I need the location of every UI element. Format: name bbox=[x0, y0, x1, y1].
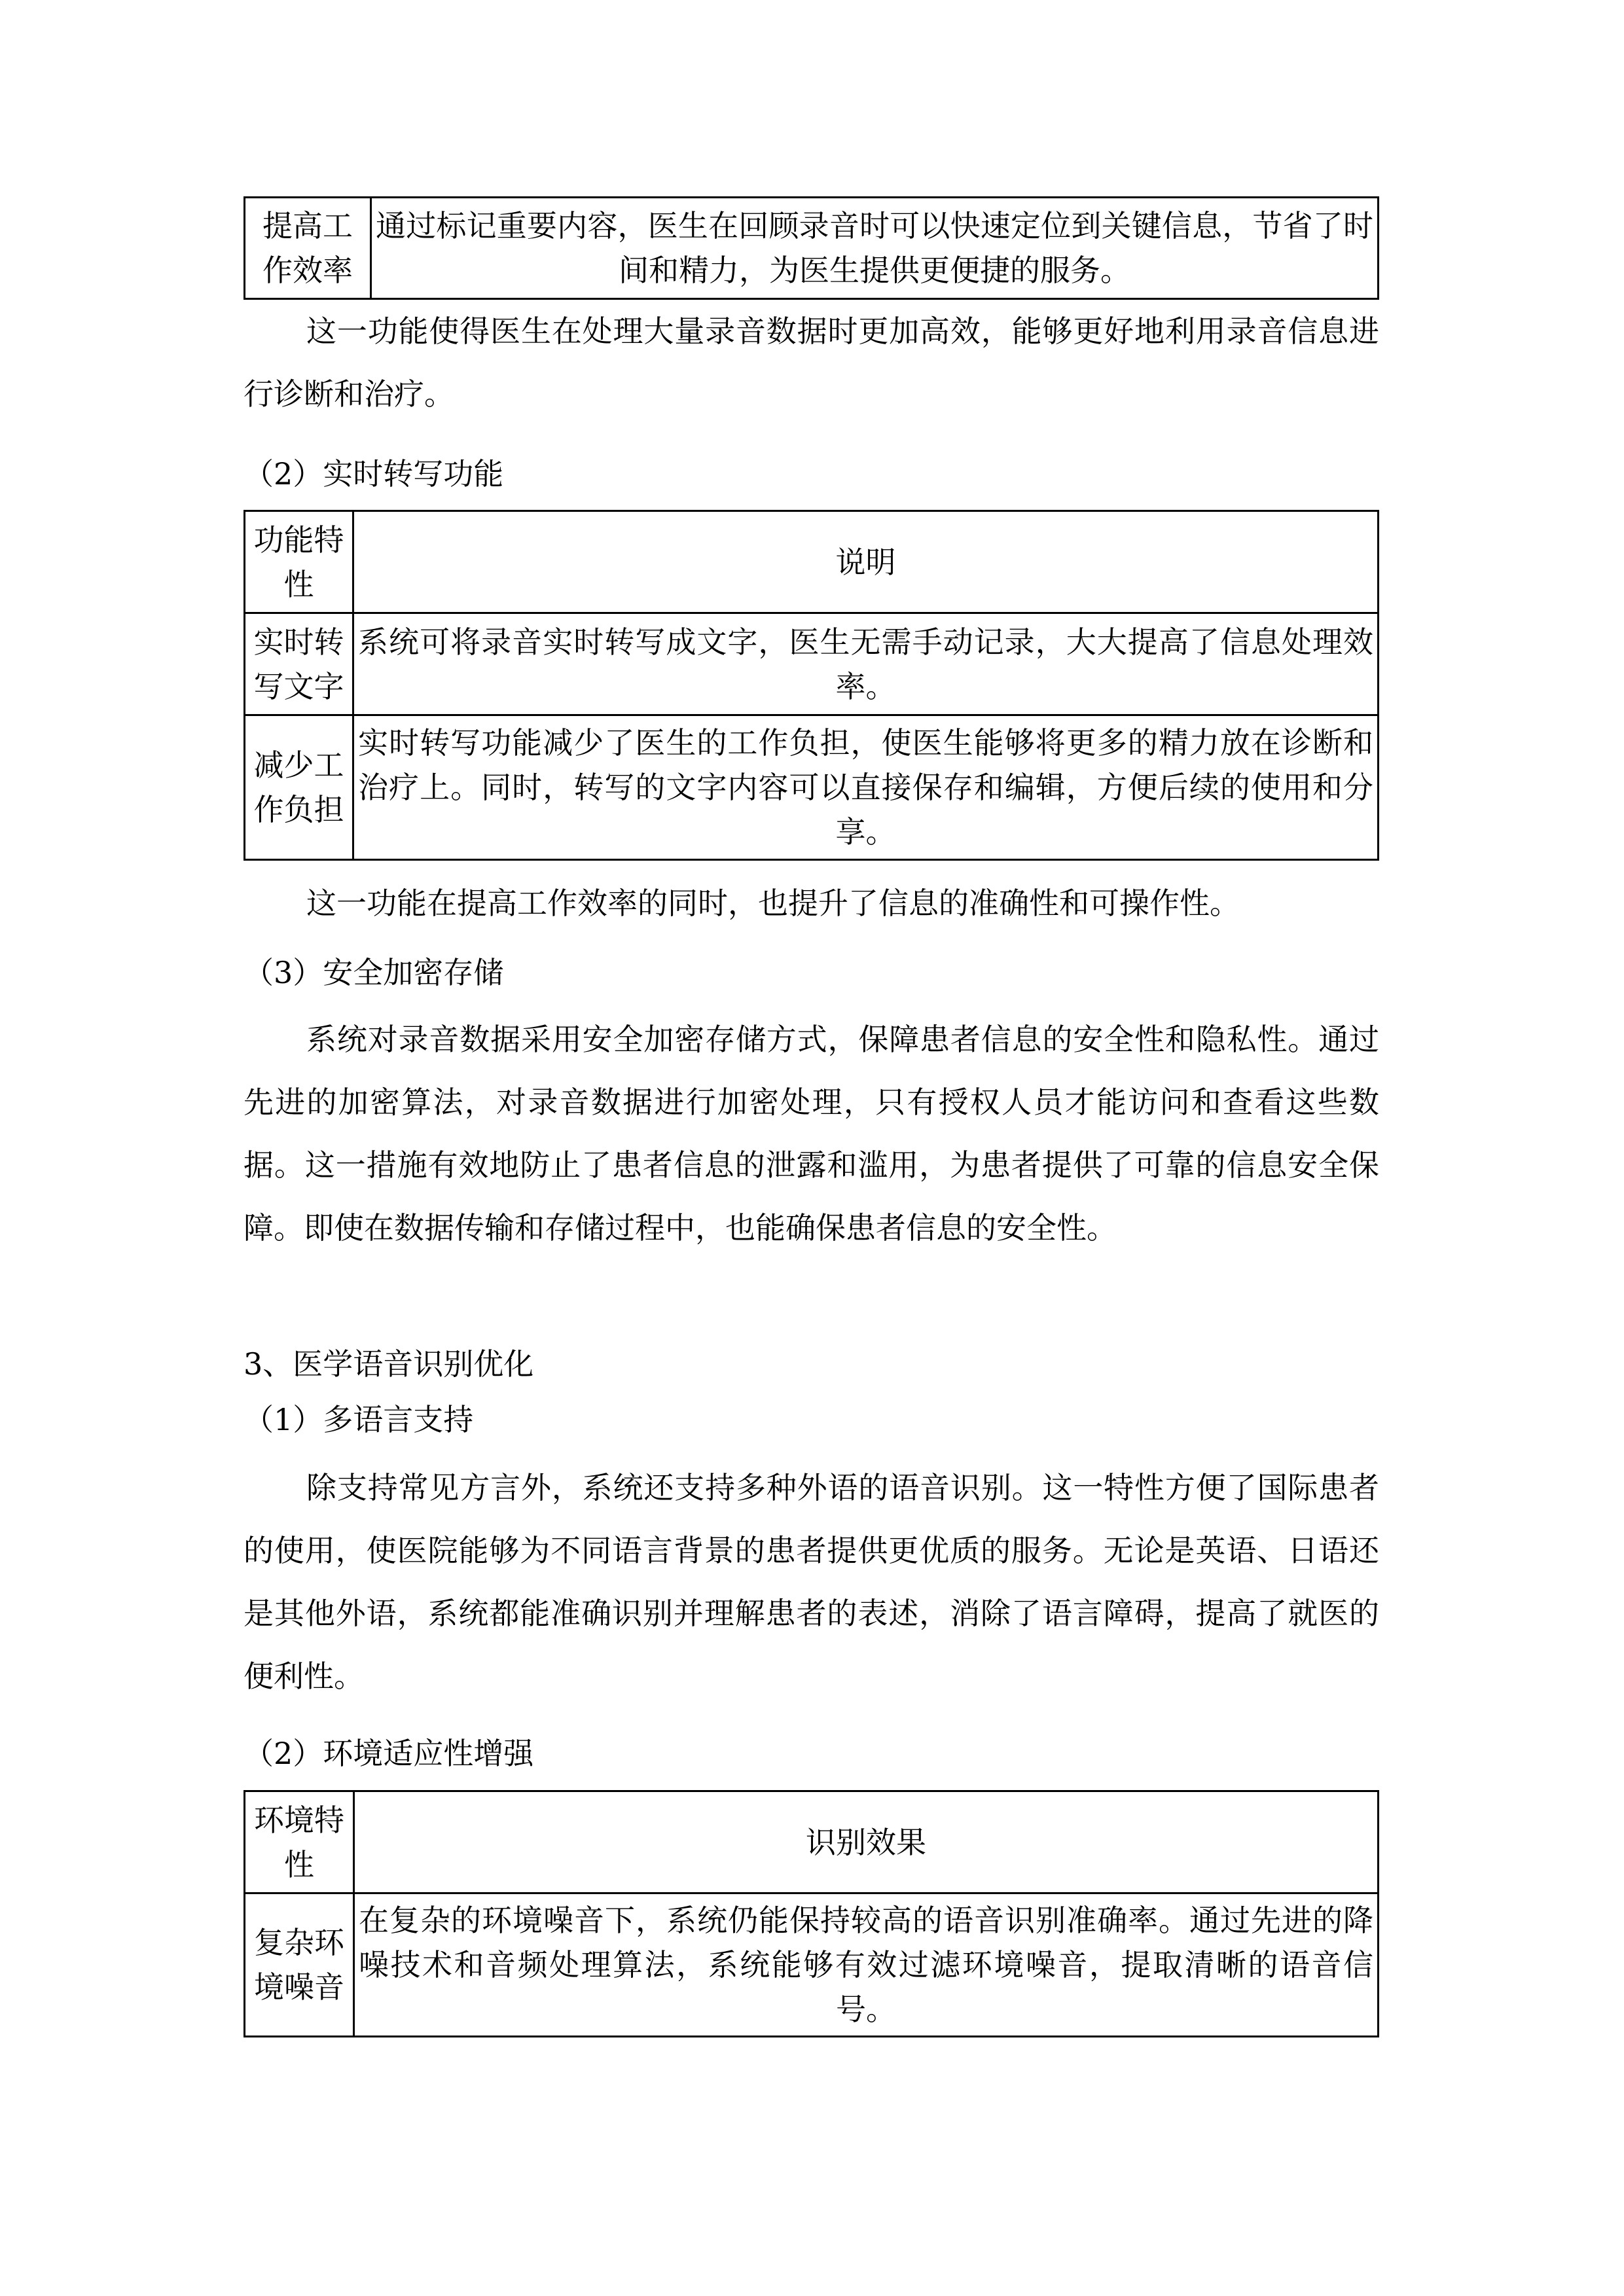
description-cell: 系统可将录音实时转写成文字，医生无需手动记录，大大提高了信息处理效率。 bbox=[353, 613, 1379, 715]
table-row: 提高工作效率 通过标记重要内容，医生在回顾录音时可以快速定位到关键信息，节省了时… bbox=[245, 198, 1379, 299]
table-header-row: 环境特性 识别效果 bbox=[245, 1791, 1379, 1893]
paragraph-transcription-summary: 这一功能在提高工作效率的同时，也提升了信息的准确性和可操作性。 bbox=[244, 872, 1379, 935]
heading-realtime-transcription: （2）实时转写功能 bbox=[244, 452, 503, 496]
heading-section-3: 3、医学语音识别优化 bbox=[244, 1342, 533, 1386]
table-row: 减少工作负担 实时转写功能减少了医生的工作负担，使医生能够将更多的精力放在诊断和… bbox=[245, 715, 1379, 860]
header-feature: 环境特性 bbox=[245, 1791, 354, 1893]
feature-cell: 复杂环境噪音 bbox=[245, 1893, 354, 2037]
description-cell: 实时转写功能减少了医生的工作负担，使医生能够将更多的精力放在诊断和治疗上。同时，… bbox=[353, 715, 1379, 860]
header-effect: 识别效果 bbox=[354, 1791, 1379, 1893]
feature-cell: 实时转写文字 bbox=[245, 613, 353, 715]
paragraph-multilanguage: 除支持常见方言外，系统还支持多种外语的语音识别。这一特性方便了国际患者的使用，使… bbox=[244, 1456, 1379, 1708]
environment-adaptability-table: 环境特性 识别效果 复杂环境噪音 在复杂的环境噪音下，系统仍能保持较高的语音识别… bbox=[244, 1790, 1379, 2037]
description-cell: 在复杂的环境噪音下，系统仍能保持较高的语音识别准确率。通过先进的降噪技术和音频处… bbox=[354, 1893, 1379, 2037]
heading-environment-adaptability: （2）环境适应性增强 bbox=[244, 1731, 533, 1776]
paragraph-annotation-summary: 这一功能使得医生在处理大量录音数据时更加高效，能够更好地利用录音信息进行诊断和治… bbox=[244, 300, 1379, 425]
annotation-features-table: 提高工作效率 通过标记重要内容，医生在回顾录音时可以快速定位到关键信息，节省了时… bbox=[244, 196, 1379, 300]
header-description: 说明 bbox=[353, 511, 1379, 613]
feature-cell: 减少工作负担 bbox=[245, 715, 353, 860]
feature-cell: 提高工作效率 bbox=[245, 198, 371, 299]
table-header-row: 功能特性 说明 bbox=[245, 511, 1379, 613]
table-row: 复杂环境噪音 在复杂的环境噪音下，系统仍能保持较高的语音识别准确率。通过先进的降… bbox=[245, 1893, 1379, 2037]
heading-secure-storage: （3）安全加密存储 bbox=[244, 950, 503, 995]
heading-multilanguage: （1）多语言支持 bbox=[244, 1397, 473, 1442]
header-feature: 功能特性 bbox=[245, 511, 353, 613]
table-row: 实时转写文字 系统可将录音实时转写成文字，医生无需手动记录，大大提高了信息处理效… bbox=[245, 613, 1379, 715]
paragraph-secure-storage: 系统对录音数据采用安全加密存储方式，保障患者信息的安全性和隐私性。通过先进的加密… bbox=[244, 1008, 1379, 1259]
description-cell: 通过标记重要内容，医生在回顾录音时可以快速定位到关键信息，节省了时间和精力，为医… bbox=[371, 198, 1379, 299]
realtime-transcription-table: 功能特性 说明 实时转写文字 系统可将录音实时转写成文字，医生无需手动记录，大大… bbox=[244, 510, 1379, 861]
